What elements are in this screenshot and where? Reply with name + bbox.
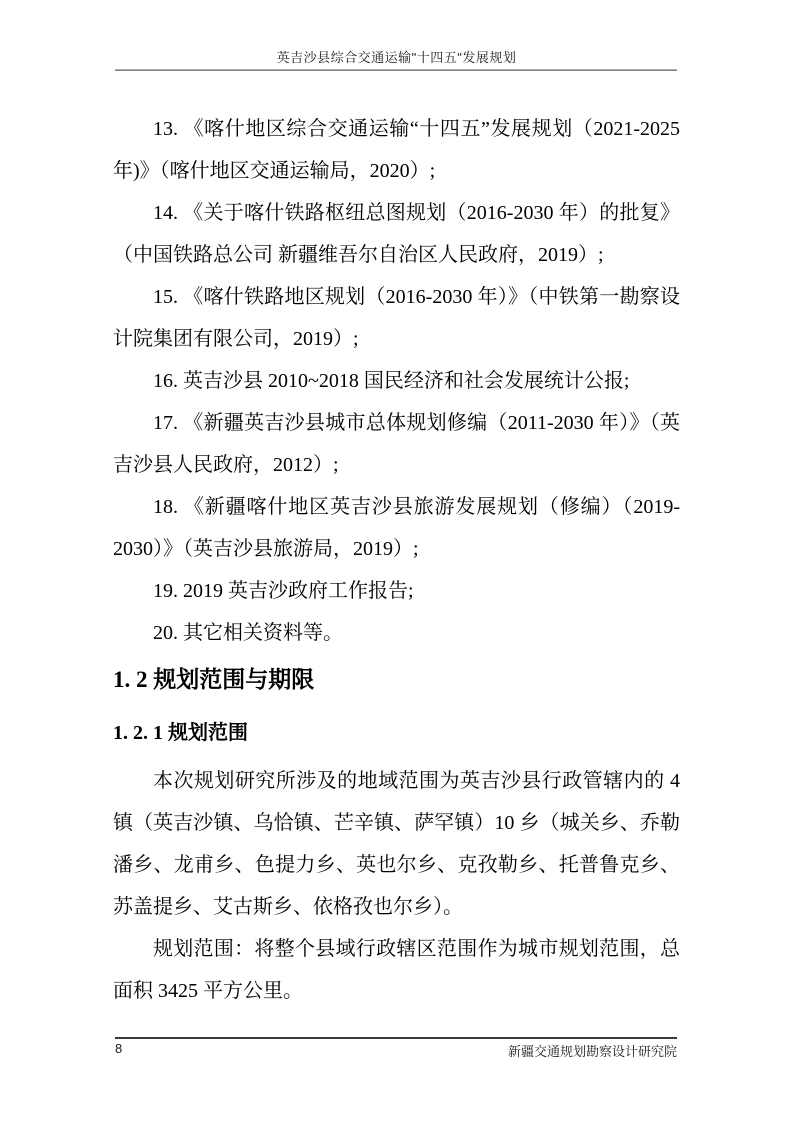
paragraph-planning-scope-towns: 本次规划研究所涉及的地域范围为英吉沙县行政管辖内的 4 镇（英吉沙镇、乌恰镇、芒… <box>113 760 680 928</box>
document-page: 英吉沙县综合交通运输"十四五"发展规划 13. 《喀什地区综合交通运输“十四五”… <box>0 0 793 1122</box>
paragraph-planning-area-total: 规划范围：将整个县域行政辖区范围作为城市规划范围，总面积 3425 平方公里。 <box>113 928 680 1012</box>
reference-item-13: 13. 《喀什地区综合交通运输“十四五”发展规划（2021-2025 年)》（喀… <box>113 108 680 192</box>
section-heading-1-2: 1. 2 规划范围与期限 <box>113 664 680 696</box>
reference-item-15: 15. 《喀什铁路地区规划（2016-2030 年）》（中铁第一勘察设计院集团有… <box>113 276 680 360</box>
reference-item-18: 18. 《新疆喀什地区英吉沙县旅游发展规划（修编）（2019-2030）》（英吉… <box>113 486 680 570</box>
document-content: 13. 《喀什地区综合交通运输“十四五”发展规划（2021-2025 年)》（喀… <box>113 108 680 1012</box>
reference-item-14: 14. 《关于喀什铁路枢纽总图规划（2016-2030 年）的批复》（中国铁路总… <box>113 192 680 276</box>
page-footer: 8 新疆交通规划勘察设计研究院 <box>115 1041 677 1060</box>
footer-rule <box>115 1037 677 1039</box>
page-number: 8 <box>115 1041 122 1056</box>
reference-item-20: 20. 其它相关资料等。 <box>113 612 680 654</box>
reference-item-16: 16. 英吉沙县 2010~2018 国民经济和社会发展统计公报; <box>113 360 680 402</box>
footer-institute: 新疆交通规划勘察设计研究院 <box>508 1041 677 1060</box>
header-rule <box>115 69 677 71</box>
header-title: 英吉沙县综合交通运输"十四五"发展规划 <box>113 47 680 66</box>
reference-item-17: 17. 《新疆英吉沙县城市总体规划修编（2011-2030 年）》（英吉沙县人民… <box>113 402 680 486</box>
reference-item-19: 19. 2019 英吉沙政府工作报告; <box>113 570 680 612</box>
subsection-heading-1-2-1: 1. 2. 1 规划范围 <box>113 718 680 748</box>
